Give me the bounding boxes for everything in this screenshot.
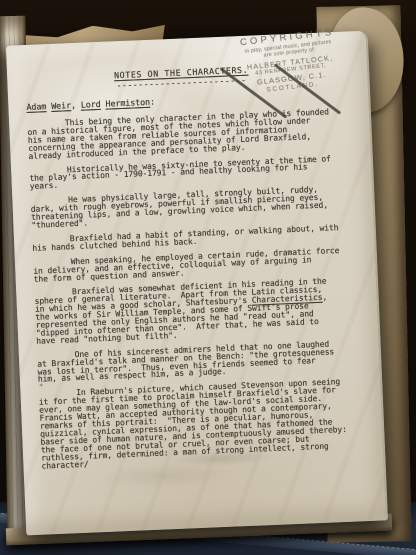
heading-word: Weir	[51, 100, 71, 111]
paragraph-text: One of his sincerest admirers held that …	[37, 339, 335, 384]
paragraph-8: * In Raeburn's picture, which caused Ste…	[38, 377, 371, 470]
heading-colon: :	[150, 97, 155, 107]
heading-word: Hermiston	[105, 97, 150, 109]
manuscript-page: COPYRIGHTS in play, special music, and p…	[6, 31, 388, 536]
margin-mark: *	[39, 384, 43, 392]
heading-word: Lord	[81, 99, 101, 110]
photo-background: COPYRIGHTS in play, special music, and p…	[0, 0, 416, 555]
paragraph-text: He was physically large, tall, strongly …	[30, 185, 328, 230]
heading-word: Adam	[26, 101, 46, 112]
paragraph-3: He was physically large, tall, strongly …	[30, 184, 361, 229]
paragraph-text: In Raeburn's picture, which caused Steve…	[38, 377, 347, 470]
typed-content: NOTES ON THE CHARACTERS. ---------------…	[6, 31, 383, 471]
paragraph-1: This being the only character in the pla…	[27, 107, 358, 160]
paragraph-6: Braxfield was somewhat deficient in his …	[34, 276, 366, 345]
